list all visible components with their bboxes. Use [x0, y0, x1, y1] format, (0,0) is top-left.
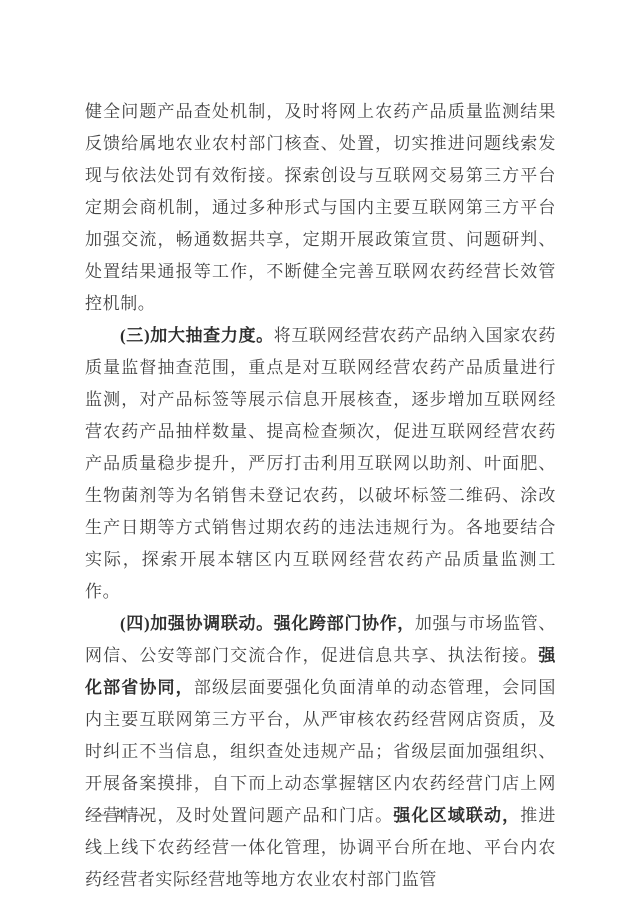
- section-4-bold-regional-linkage: 强化区域联动，: [393, 806, 520, 825]
- section-4-heading: (四)加强协调联动。强化跨部门协作，: [120, 614, 415, 633]
- paragraph-continuation: 健全问题产品查处机制，及时将网上农药产品质量监测结果反馈给属地农业农村部门核查、…: [85, 96, 556, 320]
- document-body: 健全问题产品查处机制，及时将网上农药产品质量监测结果反馈给属地农业农村部门核查、…: [85, 96, 556, 896]
- paragraph-section-4: (四)加强协调联动。强化跨部门协作，加强与市场监管、网信、公安等部门交流合作，促…: [85, 608, 556, 896]
- document-page: 健全问题产品查处机制，及时将网上农药产品质量监测结果反馈给属地农业农村部门核查、…: [0, 0, 636, 900]
- paragraph-section-3: (三)加大抽查力度。将互联网经营农药产品纳入国家农药质量监督抽查范围，重点是对互…: [85, 320, 556, 608]
- page-number: — 4 —: [92, 806, 150, 824]
- section-3-text: 将互联网经营农药产品纳入国家农药质量监督抽查范围，重点是对互联网经营农药产品质量…: [85, 326, 556, 601]
- section-4-text-2: 部级层面要强化负面清单的动态管理，会同国内主要互联网第三方平台，从严审核农药经营…: [85, 678, 556, 825]
- paragraph-text: 健全问题产品查处机制，及时将网上农药产品质量监测结果反馈给属地农业农村部门核查、…: [85, 102, 556, 313]
- section-3-heading: (三)加大抽查力度。: [120, 326, 274, 345]
